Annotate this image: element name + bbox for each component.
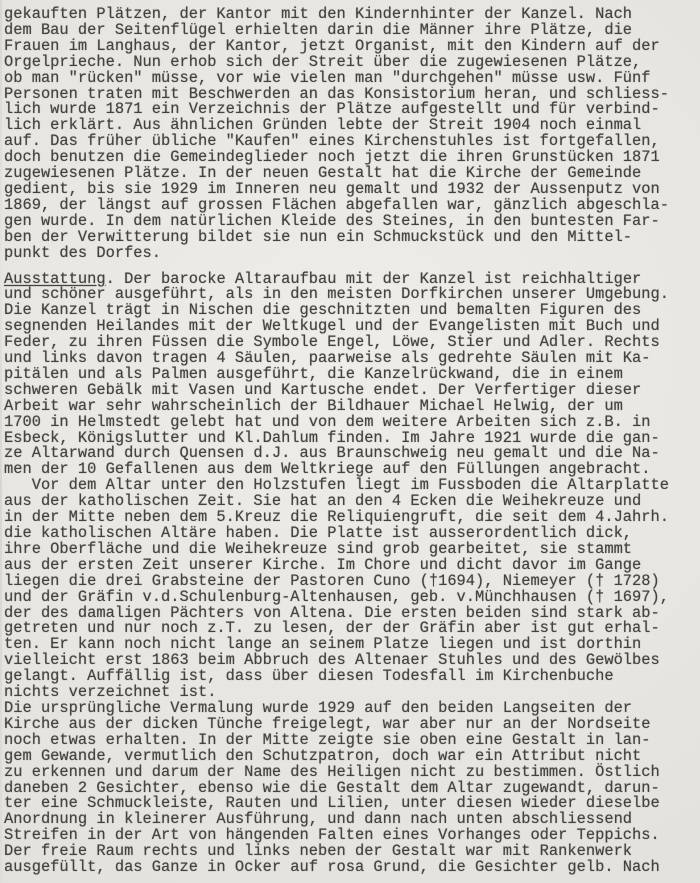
text-line: punkt des Dorfes. [4, 246, 700, 262]
typewritten-page: gekauften Plätzen, der Kantor mit den Ki… [0, 0, 700, 883]
paragraph: Vor dem Altar unter den Holzstufen liegt… [4, 478, 700, 701]
paragraph: gekauften Plätzen, der Kantor mit den Ki… [4, 7, 700, 262]
document-text: gekauften Plätzen, der Kantor mit den Ki… [4, 7, 700, 876]
paragraph: Ausstattung. Der barocke Altaraufbau mit… [4, 272, 700, 479]
text-line: ausgefüllt, das Ganze in Ocker auf rosa … [4, 860, 700, 876]
paragraph: Die ursprüngliche Vermalung wurde 1929 a… [4, 701, 700, 876]
